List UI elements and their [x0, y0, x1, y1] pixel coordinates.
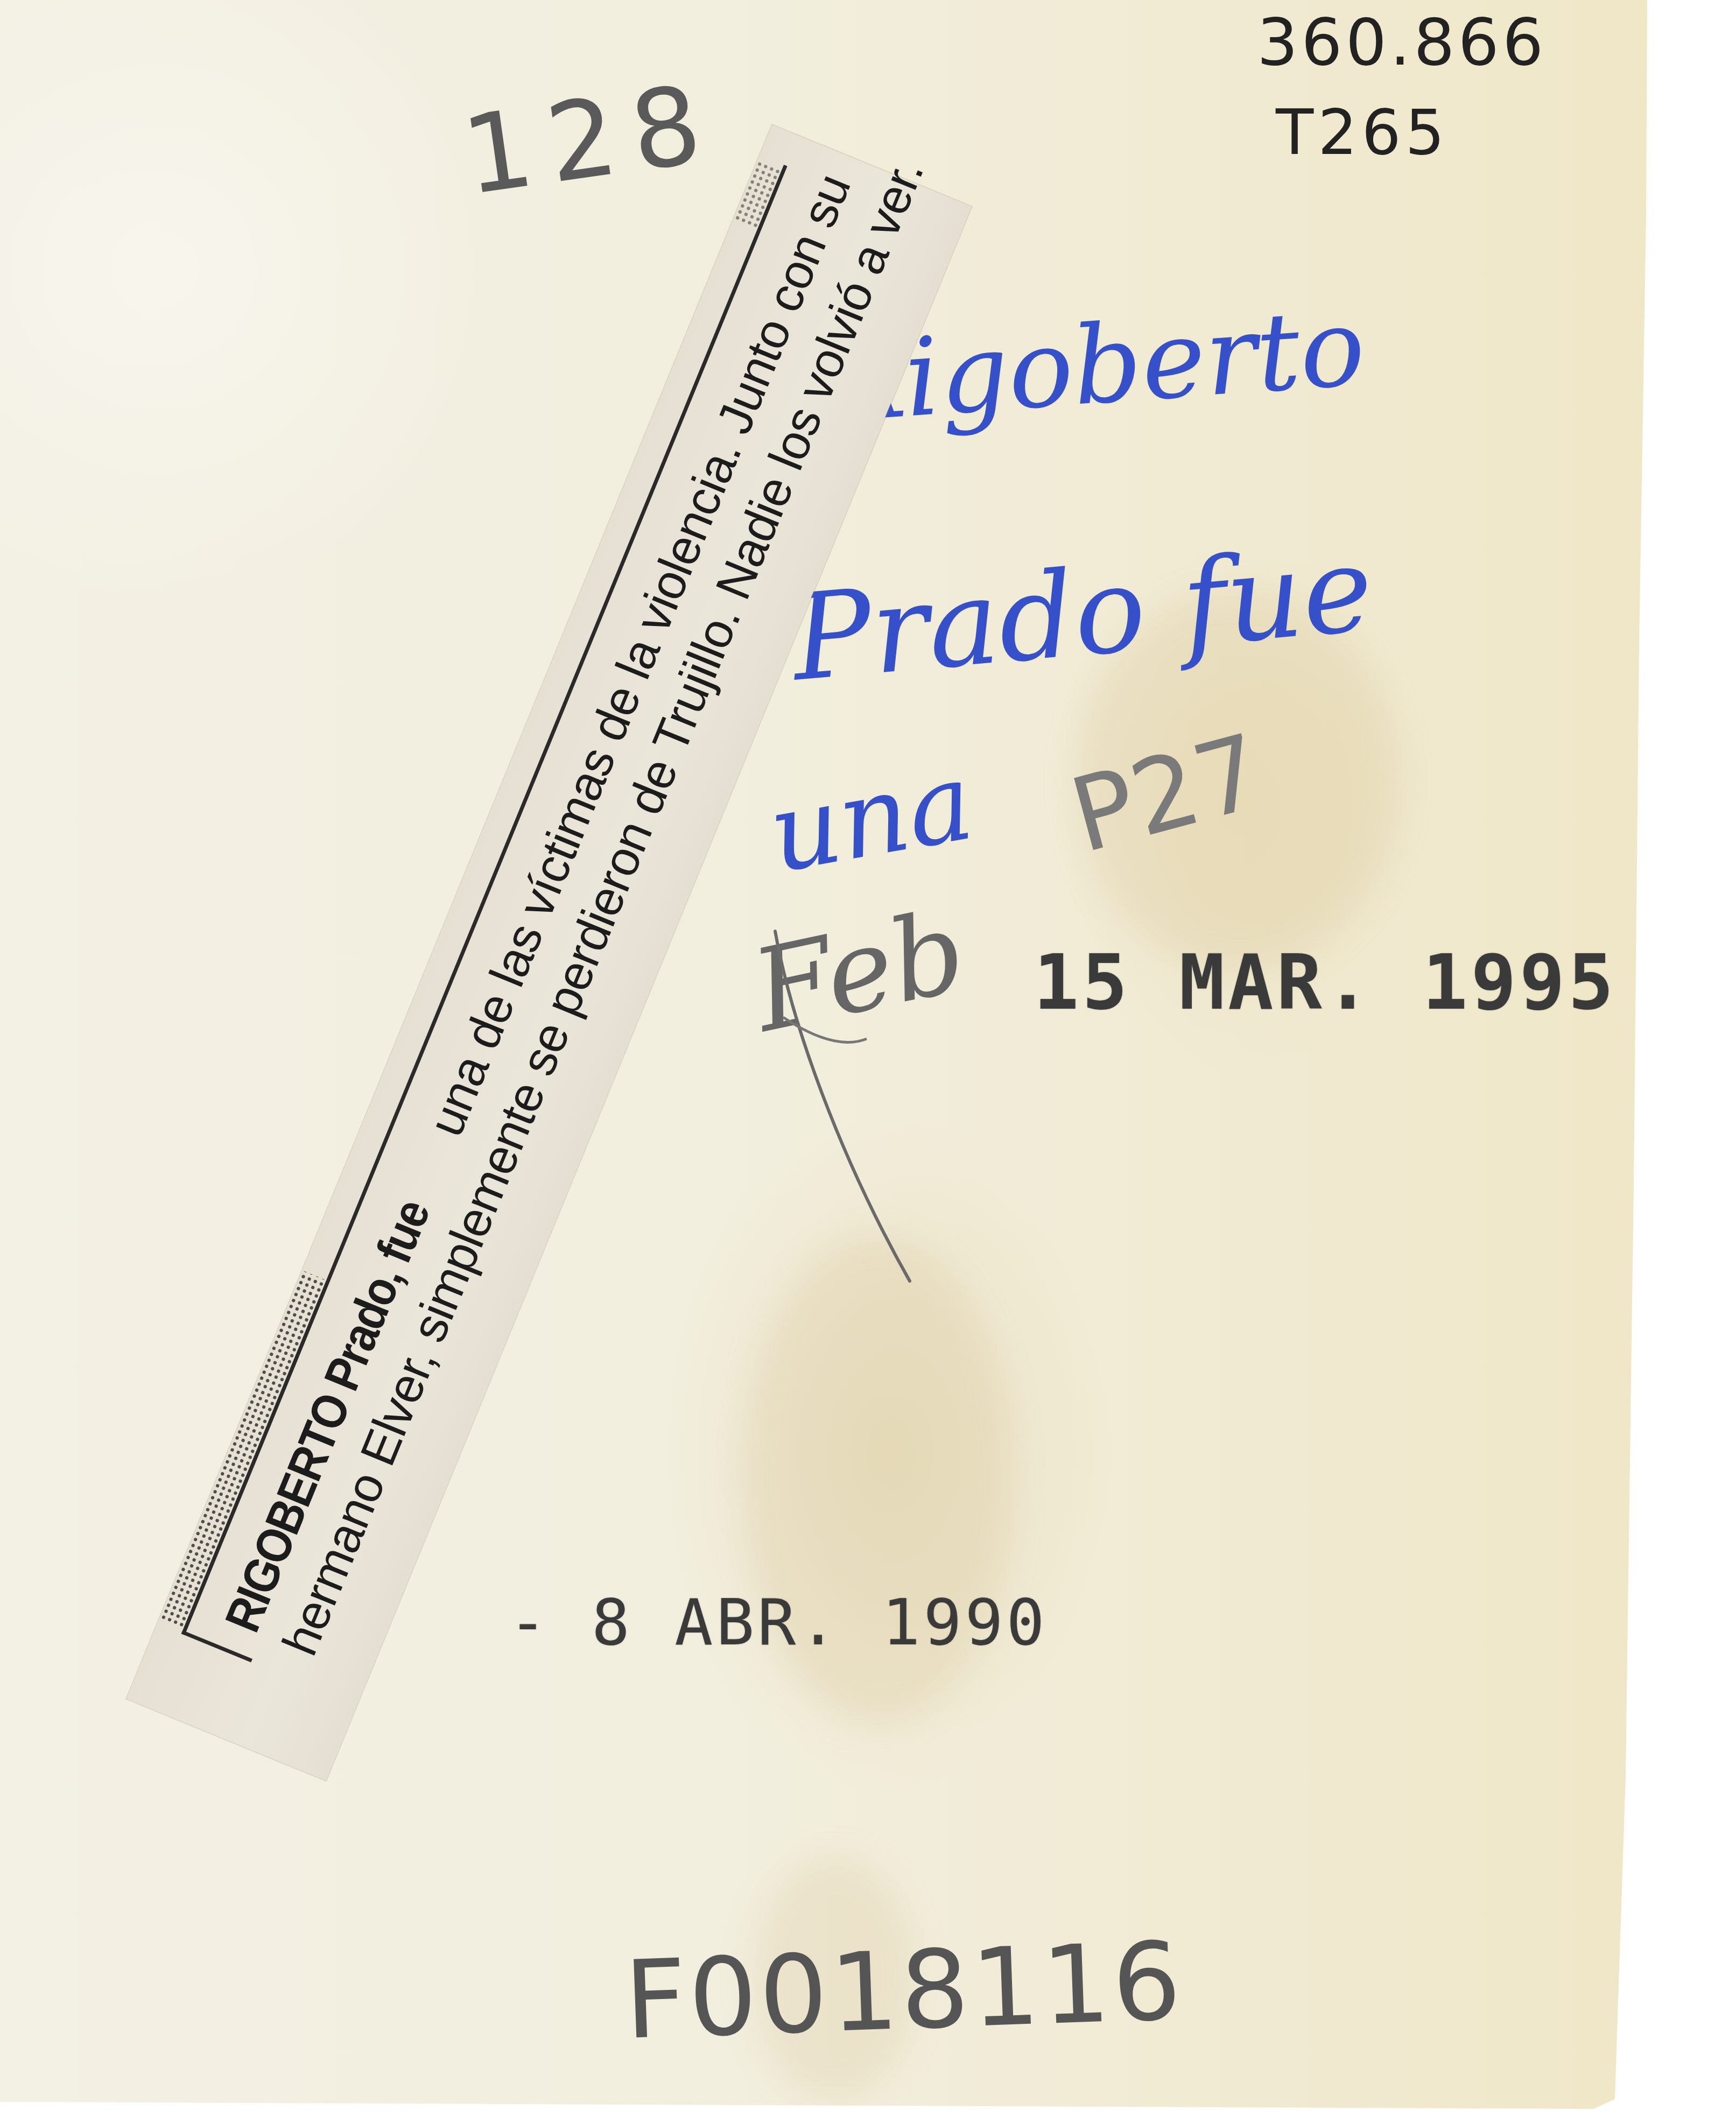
- catalog-number-line2: T265: [1276, 102, 1449, 164]
- catalog-number-line1: 360.866: [1257, 11, 1547, 75]
- archive-id: F0018116: [623, 1928, 1185, 2055]
- clipping-rule-corner: [181, 1630, 252, 1663]
- pencil-number: 128: [456, 69, 723, 211]
- handwriting-line3: una: [762, 748, 980, 889]
- date-stamp-1990: - 8 ABR. 1990: [509, 1585, 1048, 1659]
- date-stamp-1995: 15 MAR. 1995: [1034, 939, 1616, 1027]
